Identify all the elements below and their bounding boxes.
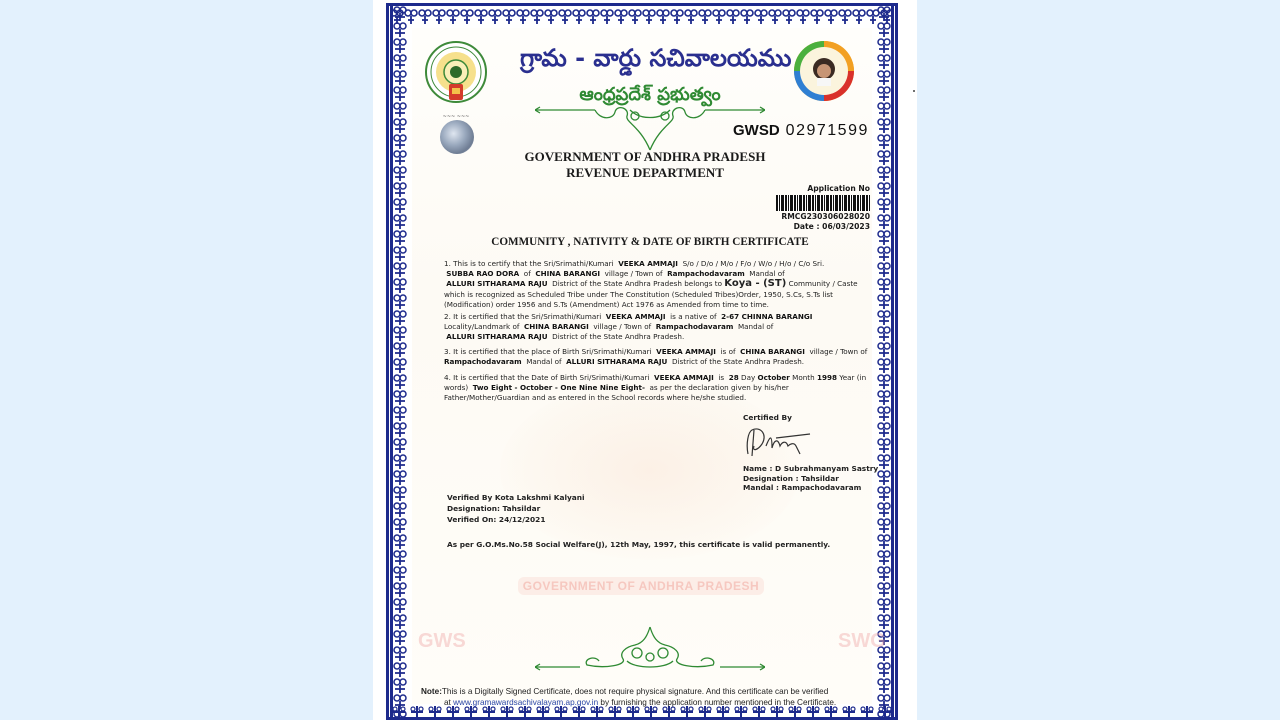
verified-on: Verified On: 24/12/2021: [447, 514, 585, 525]
barcode-icon: [776, 195, 870, 211]
watermark-government-band: GOVERNMENT OF ANDHRA PRADESH: [518, 577, 764, 595]
certifying-officer: Name : D Subrahmanyam Sastry Designation…: [743, 464, 878, 493]
officer-name: Name : D Subrahmanyam Sastry: [743, 464, 878, 474]
flourish-bottom-icon: [535, 625, 765, 675]
telugu-title: గ్రామ - వార్డు సచివాలయము: [520, 44, 780, 78]
border-ornament-top: [390, 6, 894, 26]
certificate-title: COMMUNITY , NATIVITY & DATE OF BIRTH CER…: [450, 236, 850, 248]
serial-value: 02971599: [786, 122, 869, 139]
stray-dot: [913, 90, 915, 92]
verification-note: Note:This is a Digitally Signed Certific…: [421, 686, 871, 708]
officer-mandal: Mandal : Rampachodavaram: [743, 483, 878, 493]
serial-number: GWSD02971599: [733, 122, 869, 140]
flourish-top-icon: [535, 106, 765, 152]
application-number: RMCG230306028020: [760, 212, 870, 222]
hologram-seal-icon: [440, 120, 474, 154]
validity-statement: As per G.O.Ms.No.58 Social Welfare(J), 1…: [447, 540, 830, 549]
paragraph-birthplace: 3. It is certified that the place of Bir…: [444, 347, 872, 367]
department-name: REVENUE DEPARTMENT: [480, 165, 810, 181]
application-date: Date : 06/03/2023: [760, 222, 870, 232]
issuing-authority: GOVERNMENT OF ANDHRA PRADESH REVENUE DEP…: [480, 149, 810, 181]
verification-block: Verified By Kota Lakshmi Kalyani Designa…: [447, 492, 585, 526]
paragraph-nativity: 2. It is certified that the Sri/Srimathi…: [444, 312, 872, 343]
paragraph-community: 1. This is to certify that the Sri/Srima…: [444, 259, 872, 310]
government-name: GOVERNMENT OF ANDHRA PRADESH: [480, 149, 810, 165]
watermark-gws-right: SWG: [838, 630, 886, 653]
application-label: Application No: [760, 184, 870, 194]
border-ornament-right: [874, 6, 894, 720]
border-ornament-left: [390, 6, 410, 720]
watermark-gws-left: GWS: [418, 630, 466, 653]
verified-designation: Designation: Tahsildar: [447, 503, 585, 514]
officer-designation: Designation : Tahsildar: [743, 474, 878, 484]
ap-state-emblem-icon: ~~~ ~~~: [424, 40, 488, 122]
certified-by-label: Certified By: [743, 413, 792, 422]
cm-portrait-logo-icon: [793, 40, 855, 102]
signature-icon: [740, 424, 815, 460]
application-block: Application No RMCG230306028020 Date : 0…: [760, 184, 870, 232]
note-line-2: at www.gramawardsachivalayam.ap.gov.in b…: [421, 697, 871, 708]
paragraph-date-of-birth: 4. It is certified that the Date of Birt…: [444, 373, 872, 404]
verified-by: Verified By Kota Lakshmi Kalyani: [447, 492, 585, 503]
serial-label: GWSD: [733, 122, 780, 139]
verification-website-link[interactable]: www.gramawardsachivalayam.ap.gov.in: [453, 698, 598, 707]
note-line-1: Note:This is a Digitally Signed Certific…: [421, 686, 871, 697]
